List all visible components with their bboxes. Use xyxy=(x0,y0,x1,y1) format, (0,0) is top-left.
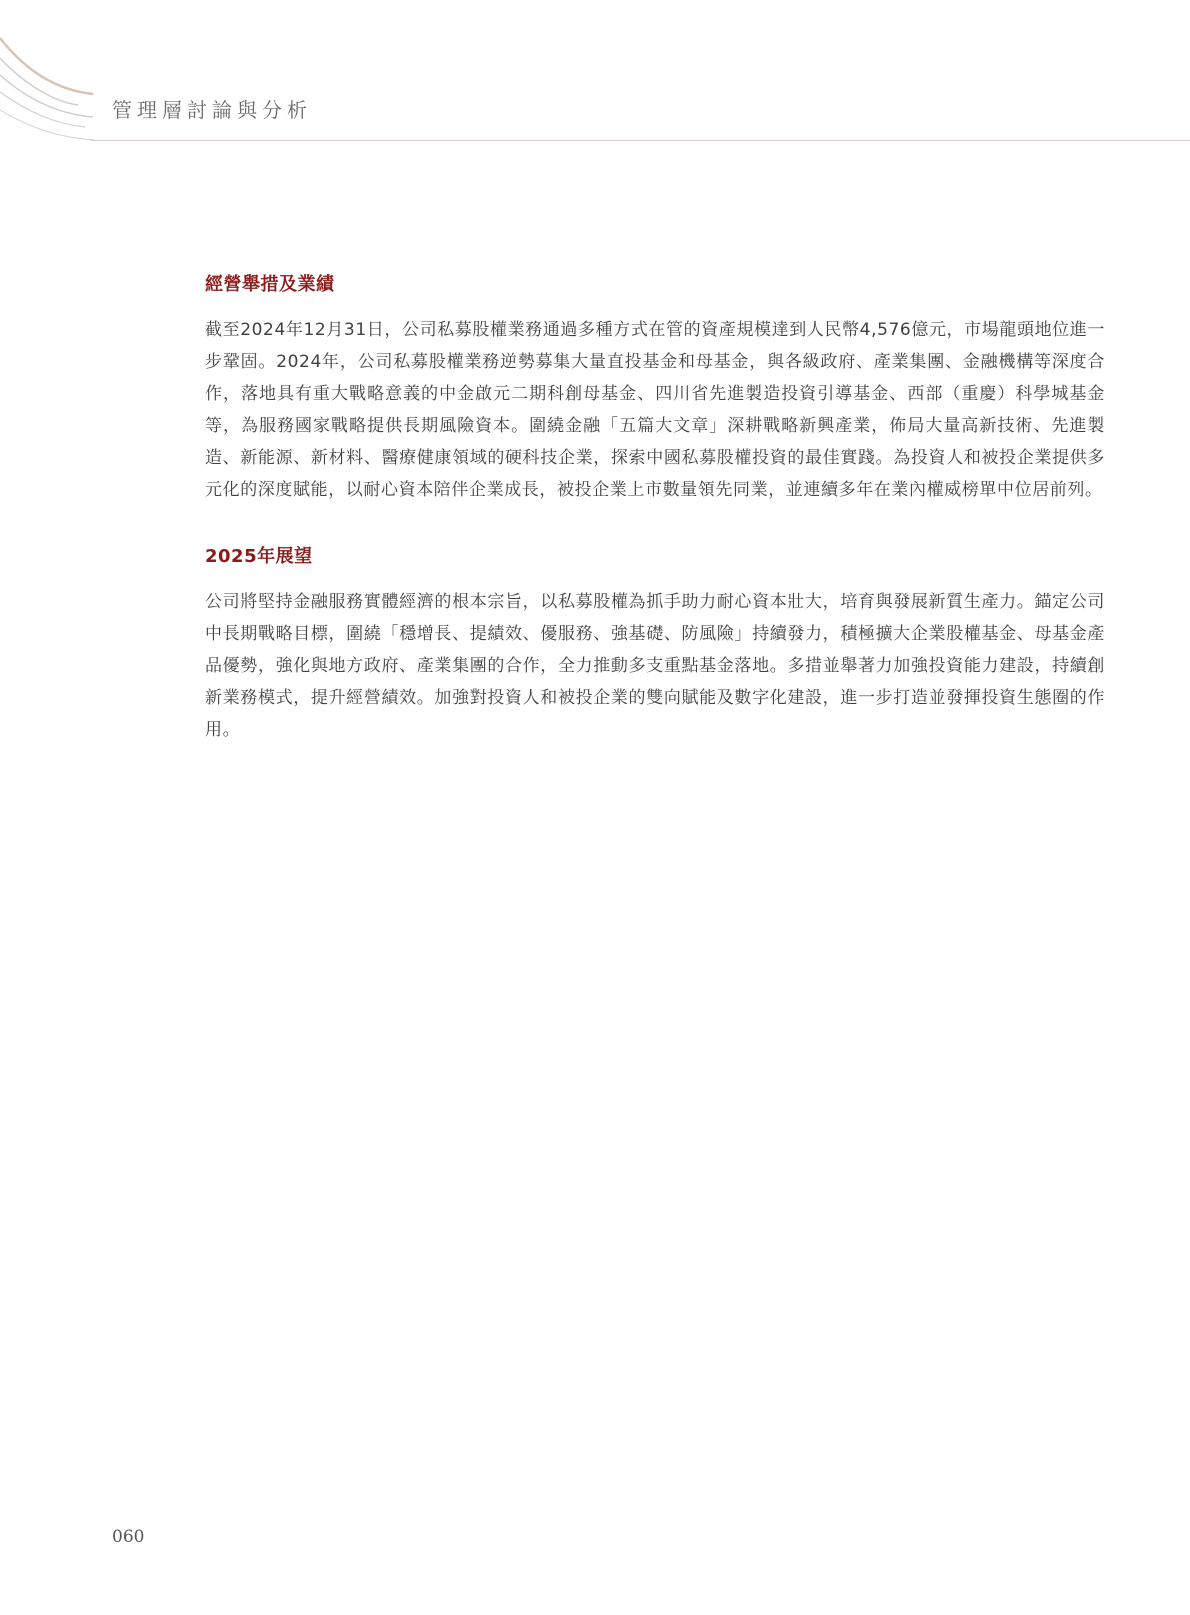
main-content: 經營舉措及業績 截至2024年12月31日，公司私募股權業務通過多種方式在管的資… xyxy=(205,270,1105,782)
header-divider xyxy=(90,140,1190,141)
section-heading: 經營舉措及業績 xyxy=(205,270,1105,296)
section-outlook: 2025年展望 公司將堅持金融服務實體經濟的根本宗旨，以私募股權為抓手助力耐心資… xyxy=(205,542,1105,746)
section-operations: 經營舉措及業績 截至2024年12月31日，公司私募股權業務通過多種方式在管的資… xyxy=(205,270,1105,506)
section-paragraph: 截至2024年12月31日，公司私募股權業務通過多種方式在管的資產規模達到人民幣… xyxy=(205,314,1105,506)
page-header-title: 管理層討論與分析 xyxy=(112,94,312,123)
decorative-arcs-icon xyxy=(0,0,300,150)
page-number: 060 xyxy=(112,1527,144,1547)
section-paragraph: 公司將堅持金融服務實體經濟的根本宗旨，以私募股權為抓手助力耐心資本壯大，培育與發… xyxy=(205,586,1105,746)
section-heading: 2025年展望 xyxy=(205,542,1105,568)
